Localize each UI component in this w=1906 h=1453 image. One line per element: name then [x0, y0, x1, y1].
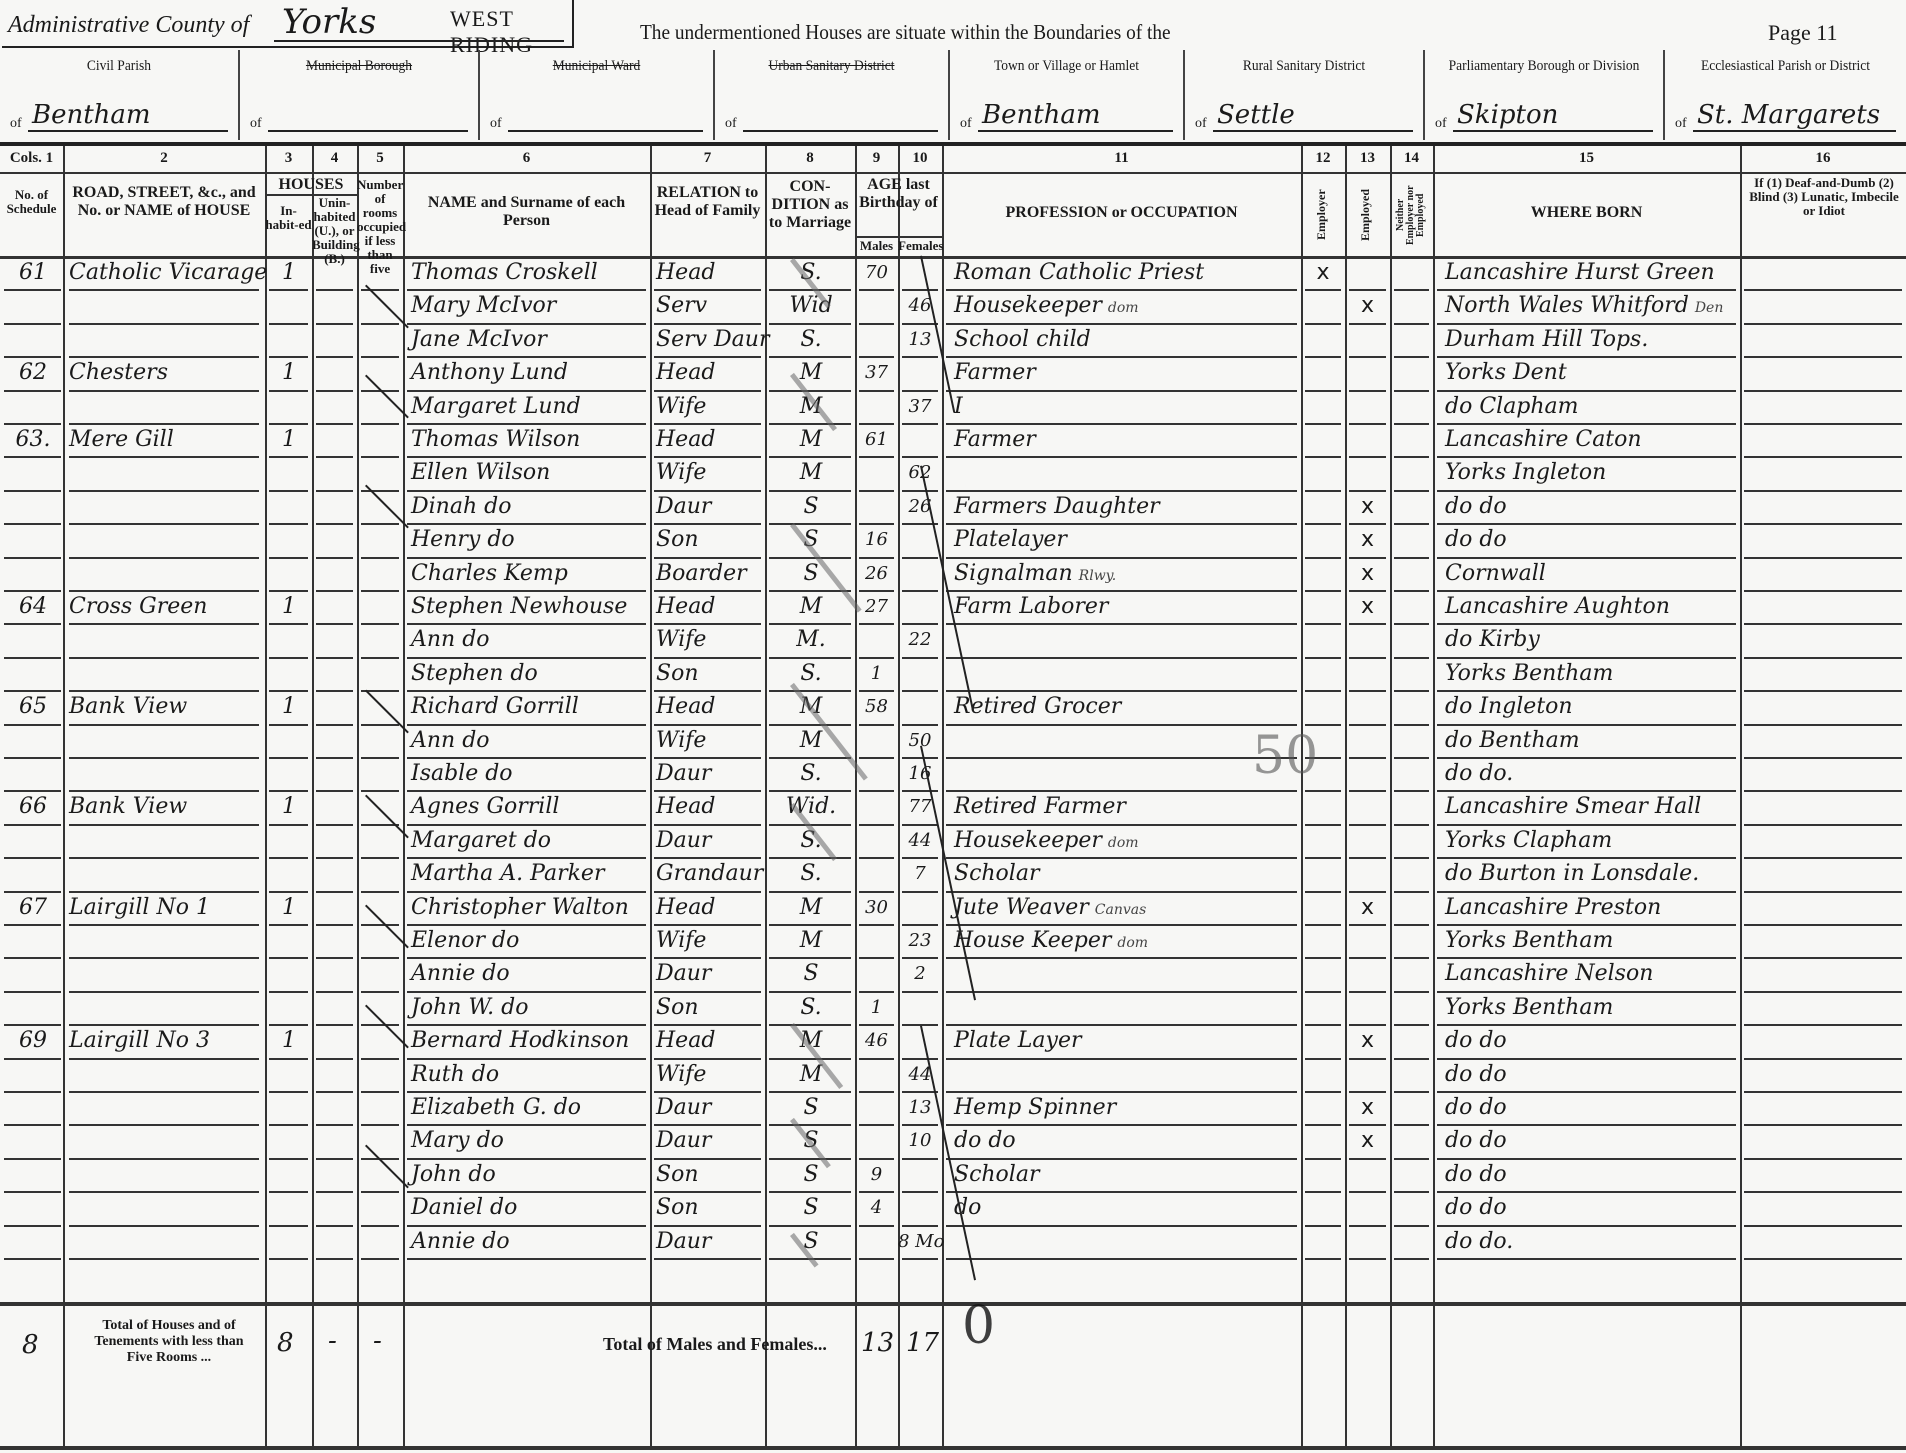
row-rule — [316, 1158, 353, 1160]
row-rule — [1305, 490, 1341, 492]
occupation-annotation: dom — [1108, 835, 1139, 851]
column-number: 13 — [1345, 150, 1390, 167]
schedule-number: 66 — [6, 792, 60, 822]
birthplace-text: Lancashire Caton — [1445, 427, 1642, 452]
marital-condition: S. — [769, 659, 853, 689]
district-label: Parliamentary Borough or Division — [1437, 58, 1651, 74]
row-rule — [1394, 1258, 1429, 1260]
row-rule — [1744, 991, 1902, 993]
male-age: 46 — [855, 1026, 898, 1056]
total-schedules: 8 — [22, 1330, 39, 1360]
row-rule — [902, 690, 938, 692]
birthplace: Yorks Dent — [1445, 358, 1745, 390]
row-rule — [1305, 1158, 1341, 1160]
birthplace-text: do do — [1445, 1195, 1507, 1220]
occupation — [954, 1227, 1294, 1259]
relation: Wife — [656, 458, 764, 488]
row-rule — [1394, 1024, 1429, 1026]
person-name: Ruth do — [411, 1060, 651, 1090]
birthplace-text: do do — [1445, 1028, 1507, 1053]
row-rule — [269, 490, 308, 492]
row-rule — [1394, 757, 1429, 759]
row-rule — [859, 390, 894, 392]
person-name: Bernard Hodkinson — [411, 1026, 651, 1056]
relation: Wife — [656, 625, 764, 655]
row-rule — [316, 1124, 353, 1126]
employed-mark: x — [1345, 559, 1390, 589]
row-rule — [1305, 289, 1341, 291]
district-value — [508, 100, 703, 132]
row-rule — [316, 690, 353, 692]
row-rule — [316, 857, 353, 859]
district-of: of — [1435, 116, 1447, 132]
row-rule — [902, 1191, 938, 1193]
row-rule — [361, 289, 399, 291]
row-rule — [69, 657, 259, 659]
column-number: 14 — [1390, 150, 1433, 167]
row-rule — [859, 623, 894, 625]
schedule-number: 65 — [6, 692, 60, 722]
district-label: Rural Sanitary District — [1197, 58, 1411, 74]
relation: Head — [656, 258, 764, 288]
person-name: Martha A. Parker — [411, 859, 651, 889]
row-rule — [269, 390, 308, 392]
row-rule — [1394, 590, 1429, 592]
person-name: Daniel do — [411, 1193, 651, 1223]
person-name: Richard Gorrill — [411, 692, 651, 722]
relation: Daur — [656, 1126, 764, 1156]
row-rule — [1394, 1225, 1429, 1227]
marital-condition: M — [769, 592, 853, 622]
male-age: 58 — [855, 692, 898, 722]
row-rule — [69, 724, 259, 726]
male-age: 1 — [855, 993, 898, 1023]
occupation — [954, 959, 1294, 991]
occupation — [954, 625, 1294, 657]
person-name: Anthony Lund — [411, 358, 651, 388]
row-rule — [1305, 1225, 1341, 1227]
totals-houses-label: Total of Houses and of Tenements with le… — [83, 1318, 255, 1366]
occupation: I — [954, 392, 1294, 424]
birthplace-text: Lancashire Nelson — [1445, 961, 1653, 986]
occupation-annotation: dom — [1117, 935, 1148, 951]
admin-county-value: Yorks — [282, 2, 376, 42]
column-divider — [855, 146, 857, 1446]
row-rule — [1305, 456, 1341, 458]
birthplace-text: do do — [1445, 1128, 1507, 1153]
person-name: Mary do — [411, 1126, 651, 1156]
row-rule — [1394, 724, 1429, 726]
column-number: 4 — [312, 150, 357, 167]
occupation-text: Farmer — [954, 360, 1036, 385]
row-rule — [1394, 957, 1429, 959]
row-rule — [1394, 824, 1429, 826]
row-rule — [69, 323, 259, 325]
row-rule — [316, 456, 353, 458]
row-rule — [4, 623, 61, 625]
row-rule — [4, 1258, 61, 1260]
circle-annotation: 0 — [962, 1296, 995, 1356]
row-rule — [1744, 1158, 1902, 1160]
row-rule — [1744, 523, 1902, 525]
relation: Son — [656, 659, 764, 689]
row-rule — [859, 1091, 894, 1093]
row-rule — [316, 724, 353, 726]
row-rule — [1349, 1225, 1386, 1227]
row-rule — [1305, 924, 1341, 926]
district-label: Town or Village or Hamlet — [962, 58, 1172, 74]
relation: Daur — [656, 1227, 764, 1257]
row-rule — [361, 891, 399, 893]
marital-condition: M — [769, 893, 853, 923]
row-rule — [361, 1024, 399, 1026]
row-rule — [69, 1091, 259, 1093]
row-rule — [1394, 1058, 1429, 1060]
district-civil-parish: Civil Parish of Bentham — [0, 50, 240, 140]
occupation — [954, 659, 1294, 691]
row-rule — [269, 724, 308, 726]
birthplace-text: do do — [1445, 527, 1507, 552]
header-age: AGE last Birthday of — [855, 176, 942, 212]
marital-condition: S — [769, 959, 853, 989]
occupation-text: Housekeeper — [954, 293, 1102, 318]
occupation: House Keeperdom — [954, 926, 1294, 958]
row-rule — [859, 490, 894, 492]
occupation — [954, 993, 1294, 1025]
birthplace-text: do do — [1445, 494, 1507, 519]
relation: Head — [656, 1026, 764, 1056]
employed-mark: x — [1345, 1026, 1390, 1056]
row-rule — [316, 390, 353, 392]
marital-condition: M — [769, 458, 853, 488]
header-inhabited: In-habit-ed — [265, 204, 312, 232]
row-rule — [1305, 523, 1341, 525]
birthplace: Lancashire Smear Hall — [1445, 792, 1745, 824]
column-number: 5 — [357, 150, 403, 167]
row-rule — [316, 1024, 353, 1026]
female-age: 2 — [898, 959, 942, 989]
birthplace-text: Yorks Bentham — [1445, 928, 1613, 953]
birthplace: Yorks Bentham — [1445, 993, 1745, 1025]
row-rule — [269, 456, 308, 458]
row-rule — [859, 1124, 894, 1126]
row-rule — [361, 1225, 399, 1227]
birthplace-text: Lancashire Smear Hall — [1445, 794, 1701, 819]
row-rule — [316, 289, 353, 291]
row-rule — [1349, 757, 1386, 759]
column-divider — [357, 146, 359, 1446]
row-rule — [361, 1191, 399, 1193]
column-number: 8 — [765, 150, 855, 167]
row-rule — [4, 657, 61, 659]
birthplace-text: Lancashire Aughton — [1445, 594, 1670, 619]
row-rule — [1349, 724, 1386, 726]
row-rule — [1394, 924, 1429, 926]
row-rule — [1349, 1191, 1386, 1193]
person-name: Charles Kemp — [411, 559, 651, 589]
total-rooms: - — [373, 1326, 382, 1356]
row-rule — [4, 757, 61, 759]
header-females: Females — [898, 239, 942, 253]
column-divider — [1390, 146, 1392, 1446]
district-label: Municipal Borough — [252, 58, 466, 74]
row-rule — [1349, 991, 1386, 993]
header-relation: RELATION to Head of Family — [650, 184, 765, 220]
row-rule — [1305, 690, 1341, 692]
column-divider — [63, 146, 65, 1446]
row-rule — [316, 1191, 353, 1193]
relation: Head — [656, 358, 764, 388]
person-name: Margaret do — [411, 826, 651, 856]
row-rule — [361, 456, 399, 458]
birthplace: Lancashire Nelson — [1445, 959, 1745, 991]
occupation-text: Scholar — [954, 1162, 1039, 1187]
row-rule — [316, 891, 353, 893]
row-rule — [361, 1258, 399, 1260]
occupation: do — [954, 1193, 1294, 1225]
house-name: Cross Green — [69, 592, 265, 622]
row-rule — [1394, 356, 1429, 358]
male-age: 16 — [855, 525, 898, 555]
row-rule — [316, 523, 353, 525]
row-rule — [1744, 757, 1902, 759]
inhabited-count: 1 — [267, 258, 311, 288]
row-rule — [316, 790, 353, 792]
inhabited-count: 1 — [267, 1026, 311, 1056]
occupation-text: Jute Weaver — [954, 895, 1089, 920]
birthplace: do do — [1445, 1193, 1745, 1225]
row-rule — [1349, 790, 1386, 792]
row-rule — [69, 623, 259, 625]
house-name: Mere Gill — [69, 425, 265, 455]
row-rule — [902, 1258, 938, 1260]
column-number: 2 — [63, 150, 265, 167]
header-condition: CON-DITION as to Marriage — [765, 178, 855, 232]
male-age: 30 — [855, 893, 898, 923]
row-rule — [361, 957, 399, 959]
marital-condition: Wid. — [769, 792, 853, 822]
row-rule — [316, 757, 353, 759]
row-rule — [269, 289, 308, 291]
district-value: Skipton — [1453, 100, 1653, 132]
person-name: Stephen do — [411, 659, 651, 689]
birthplace: Durham Hill Tops. — [1445, 325, 1745, 357]
boundary-text: The undermentioned Houses are situate wi… — [640, 20, 1171, 45]
row-rule — [1349, 857, 1386, 859]
relation: Head — [656, 425, 764, 455]
row-rule — [1744, 1091, 1902, 1093]
row-rule — [4, 1225, 61, 1227]
row-rule — [269, 1058, 308, 1060]
birthplace: do do — [1445, 1026, 1745, 1058]
header-where-born: WHERE BORN — [1433, 204, 1740, 222]
relation: Serv Daur — [656, 325, 764, 355]
inhabited-count: 1 — [267, 692, 311, 722]
row-rule — [4, 323, 61, 325]
relation: Head — [656, 792, 764, 822]
inhabited-count: 1 — [267, 893, 311, 923]
total-uninhabited: - — [328, 1326, 337, 1356]
occupation-text: Signalman — [954, 561, 1073, 586]
occupation: Platelayer — [954, 525, 1294, 557]
female-age: 22 — [898, 625, 942, 655]
row-rule — [361, 323, 399, 325]
district-of: of — [1675, 116, 1687, 132]
occupation-text: Scholar — [954, 861, 1039, 886]
row-rule — [316, 557, 353, 559]
row-rule — [361, 490, 399, 492]
occupation-text: Housekeeper — [954, 828, 1102, 853]
row-rule — [4, 289, 61, 291]
row-rule — [269, 757, 308, 759]
row-rule — [1394, 523, 1429, 525]
occupation — [954, 759, 1294, 791]
occupation: Hemp Spinner — [954, 1093, 1294, 1125]
female-age: 44 — [898, 1060, 942, 1090]
occupation: Plate Layer — [954, 1026, 1294, 1058]
person-name: Margaret Lund — [411, 392, 651, 422]
row-rule — [1394, 557, 1429, 559]
district-parliamentary: Parliamentary Borough or Division of Ski… — [1425, 50, 1665, 140]
inhabited-count: 1 — [267, 792, 311, 822]
occupation: Retired Grocer — [954, 692, 1294, 724]
row-rule — [859, 857, 894, 859]
row-rule — [902, 423, 938, 425]
district-of: of — [725, 116, 737, 132]
row-rule — [69, 523, 259, 525]
marital-condition: M. — [769, 625, 853, 655]
relation: Daur — [656, 826, 764, 856]
row-rule — [1744, 1024, 1902, 1026]
birthplace: do do. — [1445, 1227, 1745, 1259]
birthplace: do Kirby — [1445, 625, 1745, 657]
row-rule — [1394, 1191, 1429, 1193]
house-name: Lairgill No 3 — [69, 1026, 265, 1056]
relation: Wife — [656, 926, 764, 956]
relation: Daur — [656, 959, 764, 989]
row-rule — [4, 557, 61, 559]
pencil-annotation: 50 — [1252, 726, 1318, 786]
row-rule — [859, 790, 894, 792]
row-rule — [4, 924, 61, 926]
occupation-annotation: Rlwy. — [1079, 568, 1117, 584]
person-name: Isable do — [411, 759, 651, 789]
female-age: 16 — [898, 759, 942, 789]
house-name: Chesters — [69, 358, 265, 388]
row-rule — [1349, 323, 1386, 325]
row-rule — [1744, 1058, 1902, 1060]
row-rule — [1744, 490, 1902, 492]
row-rule — [1305, 857, 1341, 859]
row-rule — [69, 857, 259, 859]
row-rule — [361, 657, 399, 659]
occupation — [954, 726, 1294, 758]
birthplace: Lancashire Hurst Green — [1445, 258, 1745, 290]
marital-condition: S. — [769, 993, 853, 1023]
row-rule — [69, 390, 259, 392]
row-rule — [69, 1225, 259, 1227]
row-rule — [1394, 891, 1429, 893]
district-value: St. Margarets — [1693, 100, 1896, 132]
employed-mark: x — [1345, 525, 1390, 555]
birthplace-text: do do. — [1445, 1229, 1513, 1254]
row-rule — [1349, 690, 1386, 692]
row-rule — [1349, 423, 1386, 425]
occupation: SignalmanRlwy. — [954, 559, 1294, 591]
column-number: 9 — [855, 150, 898, 167]
birthplace-text: do Burton in Lonsdale. — [1445, 861, 1699, 886]
row-rule — [1349, 657, 1386, 659]
row-rule — [269, 657, 308, 659]
row-rule — [316, 1058, 353, 1060]
occupation: Farmer — [954, 358, 1294, 390]
row-rule — [1305, 1124, 1341, 1126]
row-rule — [361, 724, 399, 726]
header-occupation: PROFESSION or OCCUPATION — [942, 204, 1301, 222]
row-rule — [1394, 490, 1429, 492]
relation: Son — [656, 1160, 764, 1190]
row-rule — [269, 557, 308, 559]
row-rule — [4, 1058, 61, 1060]
row-rule — [361, 623, 399, 625]
occupation-text: Farmers Daughter — [954, 494, 1160, 519]
row-rule — [1305, 390, 1341, 392]
column-number: 3 — [265, 150, 312, 167]
district-label: Civil Parish — [12, 58, 226, 74]
relation: Daur — [656, 1093, 764, 1123]
row-rule — [4, 1158, 61, 1160]
row-rule — [1394, 1124, 1429, 1126]
schedule-number: 62 — [6, 358, 60, 388]
row-rule — [269, 1258, 308, 1260]
district-urban-sanitary: Urban Sanitary District of — [715, 50, 950, 140]
male-age: 1 — [855, 659, 898, 689]
person-name: John W. do — [411, 993, 651, 1023]
row-rule — [316, 490, 353, 492]
relation: Wife — [656, 1060, 764, 1090]
person-name: Jane McIvor — [411, 325, 651, 355]
district-rural-sanitary: Rural Sanitary District of Settle — [1185, 50, 1425, 140]
row-rule — [316, 590, 353, 592]
person-name: Annie do — [411, 1227, 651, 1257]
schedule-number: 63. — [6, 425, 60, 455]
birthplace-text: do do — [1445, 1162, 1507, 1187]
row-rule — [269, 824, 308, 826]
row-rule — [69, 1258, 259, 1260]
row-rule — [1394, 1091, 1429, 1093]
row-rule — [1305, 590, 1341, 592]
row-rule — [361, 1058, 399, 1060]
relation: Head — [656, 592, 764, 622]
row-rule — [859, 924, 894, 926]
census-page: Administrative County of Yorks WEST RIDI… — [0, 0, 1906, 1453]
row-rule — [1744, 657, 1902, 659]
row-rule — [1744, 623, 1902, 625]
female-age: 10 — [898, 1126, 942, 1156]
birthplace: do Ingleton — [1445, 692, 1745, 724]
house-name: Lairgill No 1 — [69, 893, 265, 923]
birthplace: Yorks Bentham — [1445, 659, 1745, 691]
row-rule — [269, 991, 308, 993]
row-rule — [902, 657, 938, 659]
row-rule — [1394, 857, 1429, 859]
row-rule — [69, 289, 259, 291]
birthplace: do Burton in Lonsdale. — [1445, 859, 1745, 891]
row-rule — [902, 1158, 938, 1160]
row-rule — [1744, 790, 1902, 792]
relation: Son — [656, 525, 764, 555]
row-rule — [361, 991, 399, 993]
